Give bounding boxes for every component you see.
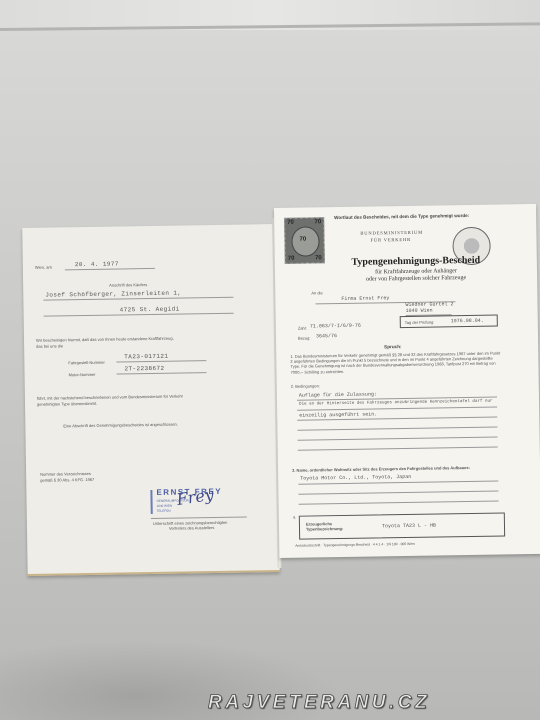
footer-print: Amtsdruckschrift · Typengenehmigungs-Bes… bbox=[295, 542, 415, 548]
ministry-line1: BUNDESMINISTERIUM bbox=[360, 230, 423, 236]
section1-text: 1. Das Bundesministerium für Verkehr gen… bbox=[290, 351, 500, 375]
buyer-line2: 4725 St. Aegidi bbox=[119, 306, 179, 314]
section3-label: 3. Name, ordentlicher Wohnsitz oder Sitz… bbox=[292, 465, 470, 473]
engine-underline bbox=[117, 372, 207, 374]
ministry-line2: FÜR VERKEHR bbox=[370, 237, 411, 243]
signature-underline bbox=[151, 517, 247, 520]
date-value: 20. 4. 1977 bbox=[75, 260, 119, 268]
stamp-bar bbox=[150, 490, 152, 514]
bezug-label: Bezug: bbox=[298, 335, 311, 340]
condition-line2: Die an der Hinterseite des Fahrzeuges an… bbox=[299, 400, 493, 407]
condition-line1: Auflage für die Zulassung: bbox=[299, 391, 377, 398]
bezug-value: 3645/76 bbox=[316, 333, 337, 339]
chassis-label: Fahrgestell-Nummer bbox=[68, 360, 105, 366]
place-date-label: Wien, am bbox=[35, 265, 52, 270]
type-designation-label-2: Typenbezeichnung: bbox=[306, 526, 343, 532]
test-date-value: 1976.08.04. bbox=[451, 318, 484, 325]
manufacturer-underline2 bbox=[298, 491, 498, 495]
stamp-line-2: 1040 WIEN bbox=[157, 504, 172, 508]
manufacturer-underline3 bbox=[299, 501, 499, 505]
condition-underline2 bbox=[297, 407, 497, 411]
enclosure-text: Eine Abschrift des Genehmigungsbescheide… bbox=[63, 422, 178, 429]
condition-underline4 bbox=[297, 427, 497, 431]
register-label-2: gemäß § 30 Abs. 4 KFG. 1967 bbox=[40, 477, 94, 483]
confirmation-text-2: das bei uns die bbox=[36, 343, 63, 348]
section4-number: 4. bbox=[293, 515, 296, 520]
zahl-value: 71.063/7-I/6/9-76 bbox=[310, 323, 361, 330]
spruch-heading: Spruch: bbox=[384, 344, 401, 349]
watermark: RAJVETERANU.CZ bbox=[208, 692, 430, 714]
chassis-value: TA23-017121 bbox=[124, 353, 168, 361]
header-note: Wortlaut des Bescheides, mit dem die Typ… bbox=[334, 213, 469, 220]
right-page: Wortlaut des Bescheides, mit dem die Typ… bbox=[274, 204, 540, 558]
section2-label: 2. Bedingungen: bbox=[291, 383, 320, 388]
type-text-2: genehmigten Type übereinstimmt. bbox=[37, 401, 97, 407]
date-underline bbox=[65, 268, 155, 270]
zahl-label: Zahl: bbox=[298, 326, 307, 331]
register-label-1: Nummer des Verzeichnisses bbox=[40, 471, 91, 477]
type-designation-value: Toyota TA23 L - HB bbox=[382, 523, 436, 530]
buyer-address-label: Anschrift des Käufers bbox=[109, 282, 147, 288]
test-date-box: Tag der Prüfung: 1976.08.04. bbox=[400, 315, 498, 329]
stamp-line-3: TELEFON bbox=[157, 509, 171, 513]
addressee-city: 1040 Wien bbox=[406, 308, 433, 314]
condition-underline5 bbox=[298, 437, 498, 441]
condition-underline6 bbox=[298, 447, 498, 451]
manufacturer: Toyota Motor Co., Ltd., Toyota, Japan bbox=[300, 474, 411, 482]
revenue-stamp-value-tr: 70 bbox=[314, 219, 321, 225]
buyer-underline2 bbox=[44, 313, 234, 317]
condition-line3: einzeilig ausgeführt sein. bbox=[299, 411, 377, 418]
confirmation-text-1: Wir bescheinigen hiermit, daß das von Ih… bbox=[36, 336, 174, 343]
engine-label: Motor-Nummer bbox=[69, 372, 96, 377]
revenue-stamp-value-c: 70 bbox=[299, 237, 306, 243]
document-booklet: Wien, am 20. 4. 1977 Anschrift des Käufe… bbox=[22, 204, 540, 574]
type-designation-box: Erzeugerliche Typenbezeichnung: Toyota T… bbox=[299, 512, 505, 539]
left-page: Wien, am 20. 4. 1977 Anschrift des Käufe… bbox=[22, 224, 279, 576]
revenue-stamp-value-tl: 70 bbox=[287, 220, 294, 226]
addressee-name: Firma Ernst Frey bbox=[341, 295, 389, 302]
addressee-label: An die bbox=[311, 290, 322, 295]
test-date-label: Tag der Prüfung: bbox=[405, 320, 435, 325]
type-text-1: führt, mit der nachstehend beschriebenen… bbox=[37, 393, 183, 400]
chassis-underline bbox=[116, 360, 206, 362]
engine-value: 2T-2238672 bbox=[124, 365, 164, 373]
signature-caption-2: Vertreters des Ausstellers bbox=[169, 525, 214, 531]
